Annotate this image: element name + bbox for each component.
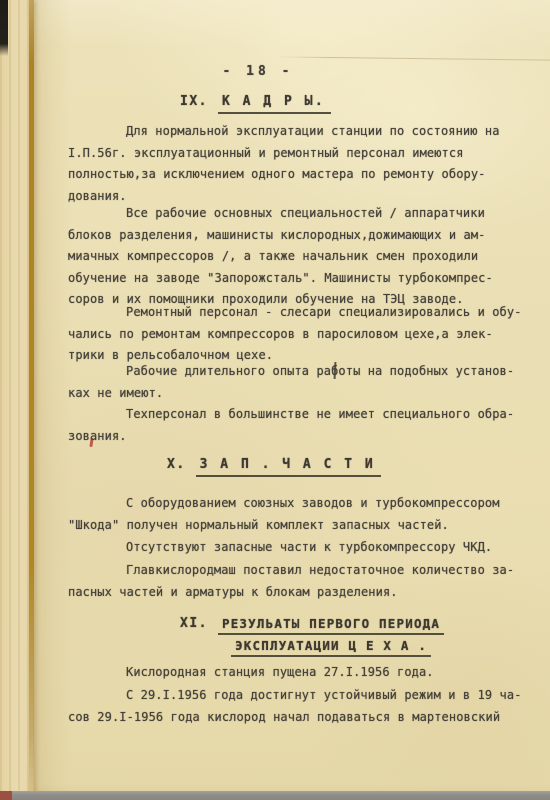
paragraph: Ремонтный персонал - слесари специализир… bbox=[68, 302, 528, 367]
page-number: - 18 - bbox=[68, 64, 448, 79]
text-line: Кислородная станция пущена 27.I.1956 год… bbox=[68, 662, 528, 684]
paragraph: Все рабочие основных специальностей / ап… bbox=[68, 203, 528, 311]
text-line: Для нормальной эксплуатации станции по с… bbox=[68, 121, 528, 143]
section-title-line: ЭКСПЛУАТАЦИИ Ц Е Х А . bbox=[231, 638, 431, 657]
text-line: блоков разделения, машинисты кислородных… bbox=[68, 225, 528, 247]
text-line: Ремонтный персонал - слесари специализир… bbox=[68, 302, 528, 324]
section-numeral: X. bbox=[167, 457, 186, 472]
text-line: чались по ремонтам компрессоров в пароси… bbox=[68, 324, 528, 346]
scan-bottom-edge bbox=[0, 791, 550, 800]
paragraph: Техперсонал в большинстве не имеет специ… bbox=[68, 404, 528, 447]
scan-bottom-red-mark bbox=[0, 791, 12, 800]
section-numeral: IX. bbox=[180, 94, 208, 109]
section-title: К А Д Р Ы. bbox=[218, 94, 331, 114]
text-line: полностью,за исключением одного мастера … bbox=[68, 164, 528, 186]
text-line: Рабочие длительного опыта работы на подо… bbox=[68, 361, 528, 383]
text-line: ках не имеют. bbox=[68, 383, 528, 405]
section-heading-zap-chasti: X.З А П . Ч А С Т И bbox=[167, 457, 381, 472]
section-title-block: РЕЗУЛЬАТЫ ПЕРВОГО ПЕРИОДА ЭКСПЛУАТАЦИИ Ц… bbox=[218, 616, 444, 660]
section-heading-kadry: IX.К А Д Р Ы. bbox=[180, 94, 331, 109]
paragraph: Главкислородмаш поставил недостаточное к… bbox=[68, 560, 528, 603]
text-line: С оборудованием союзных заводов и турбок… bbox=[68, 493, 528, 515]
text-line: пасных частей и арматуры к блокам раздел… bbox=[68, 582, 528, 604]
section-heading-rezultaty: XI. РЕЗУЛЬАТЫ ПЕРВОГО ПЕРИОДА ЭКСПЛУАТАЦ… bbox=[180, 616, 444, 660]
text-line: миачных компрессоров /, а также начальни… bbox=[68, 246, 528, 268]
text-line: Главкислородмаш поставил недостаточное к… bbox=[68, 560, 528, 582]
scan-corner-shadow bbox=[0, 0, 8, 56]
paragraph: С 29.I.1956 года достигнут устойчивый ре… bbox=[68, 685, 528, 728]
text-line: "Шкода" получен нормальный комплект запа… bbox=[68, 515, 528, 537]
binding-crease bbox=[29, 0, 34, 800]
text-line: Все рабочие основных специальностей / ап… bbox=[68, 203, 528, 225]
text-line: зования. bbox=[68, 426, 528, 448]
paragraph: Рабочие длительного опыта работы на подо… bbox=[68, 361, 528, 404]
section-numeral: XI. bbox=[180, 616, 208, 631]
text-line: сов 29.I-1956 года кислород начал подава… bbox=[68, 707, 528, 729]
text-line: обучение на заводе "Запорожсталь". Машин… bbox=[68, 268, 528, 290]
section-title: З А П . Ч А С Т И bbox=[196, 457, 382, 477]
text-line: Отсутствуют запасные части к турбокомпре… bbox=[68, 537, 528, 559]
scanned-document-page: - 18 - IX.К А Д Р Ы. Для нормальной эксп… bbox=[0, 0, 550, 800]
text-line: Техперсонал в большинстве не имеет специ… bbox=[68, 404, 528, 426]
text-line: I.П.56г. эксплуатационный и ремонтный пе… bbox=[68, 143, 528, 165]
paragraph: Для нормальной эксплуатации станции по с… bbox=[68, 121, 528, 207]
paragraph: Кислородная станция пущена 27.I.1956 год… bbox=[68, 662, 528, 684]
paragraph: Отсутствуют запасные части к турбокомпре… bbox=[68, 537, 528, 559]
paragraph: С оборудованием союзных заводов и турбок… bbox=[68, 493, 528, 536]
section-title-line: РЕЗУЛЬАТЫ ПЕРВОГО ПЕРИОДА bbox=[218, 616, 444, 635]
text-line: С 29.I.1956 года достигнут устойчивый ре… bbox=[68, 685, 528, 707]
